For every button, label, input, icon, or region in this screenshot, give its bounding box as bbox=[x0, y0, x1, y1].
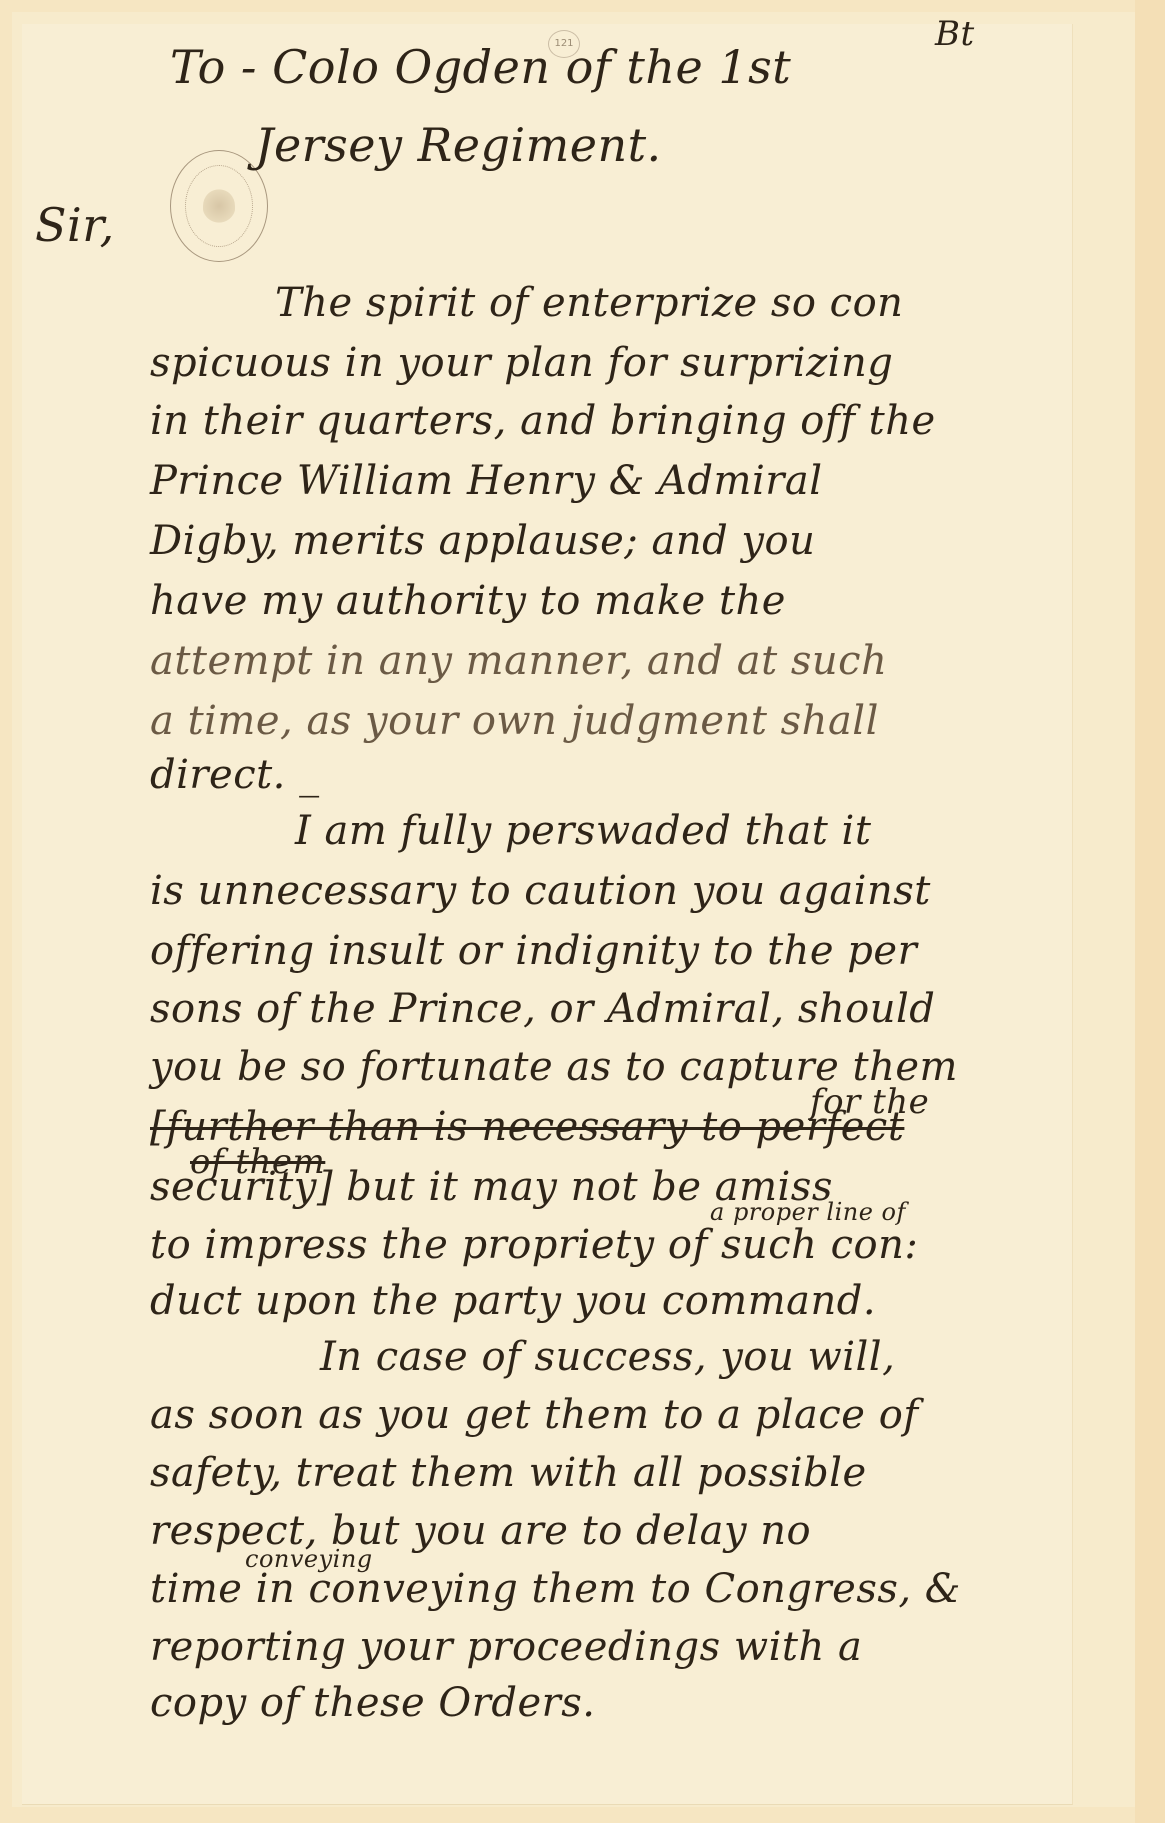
paragraph-line: in their quarters, and bringing off the bbox=[150, 398, 936, 444]
paragraph-line: to impress the propriety of such con: bbox=[150, 1222, 918, 1268]
paragraph-line: as soon as you get them to a place of bbox=[150, 1392, 919, 1438]
salutation: Sir, bbox=[35, 198, 115, 252]
paragraph-line: safety, treat them with all possible bbox=[150, 1450, 867, 1496]
paragraph-line: duct upon the party you command. bbox=[150, 1278, 876, 1324]
paragraph-line: reporting your proceedings with a bbox=[150, 1624, 862, 1670]
address-line-2: Jersey Regiment. bbox=[255, 118, 662, 172]
paragraph-line: In case of success, you will, bbox=[320, 1334, 895, 1380]
paragraph-line: have my authority to make the bbox=[150, 578, 786, 624]
paragraph-line: copy of these Orders. bbox=[150, 1680, 595, 1726]
paragraph-line: The spirit of enterprize so con bbox=[275, 280, 903, 326]
paragraph-line: spicuous in your plan for surprizing bbox=[150, 340, 893, 386]
paragraph-line: attempt in any manner, and at such bbox=[150, 638, 887, 684]
address-line-1: To - Colo Ogden of the 1st bbox=[170, 40, 791, 94]
page-edge-shadow bbox=[1135, 0, 1165, 1823]
paragraph-line: I am fully perswaded that it bbox=[295, 808, 871, 854]
paragraph-line: Digby, merits applause; and you bbox=[150, 518, 815, 564]
paragraph-line: offering insult or indignity to the per bbox=[150, 928, 917, 974]
paragraph-line: direct. _ bbox=[150, 752, 320, 798]
paragraph-line: a time, as your own judgment shall bbox=[150, 698, 879, 744]
paragraph-line: time in conveying them to Congress, & bbox=[150, 1566, 961, 1612]
paragraph-line: is unnecessary to caution you against bbox=[150, 868, 931, 914]
paragraph-line: sons of the Prince, or Admiral, should bbox=[150, 986, 935, 1032]
eagle-emblem-icon bbox=[203, 189, 235, 223]
paragraph-line: Prince William Henry & Admiral bbox=[150, 458, 823, 504]
corner-mark: Bt bbox=[935, 14, 975, 54]
library-of-congress-stamp-icon bbox=[170, 150, 268, 262]
